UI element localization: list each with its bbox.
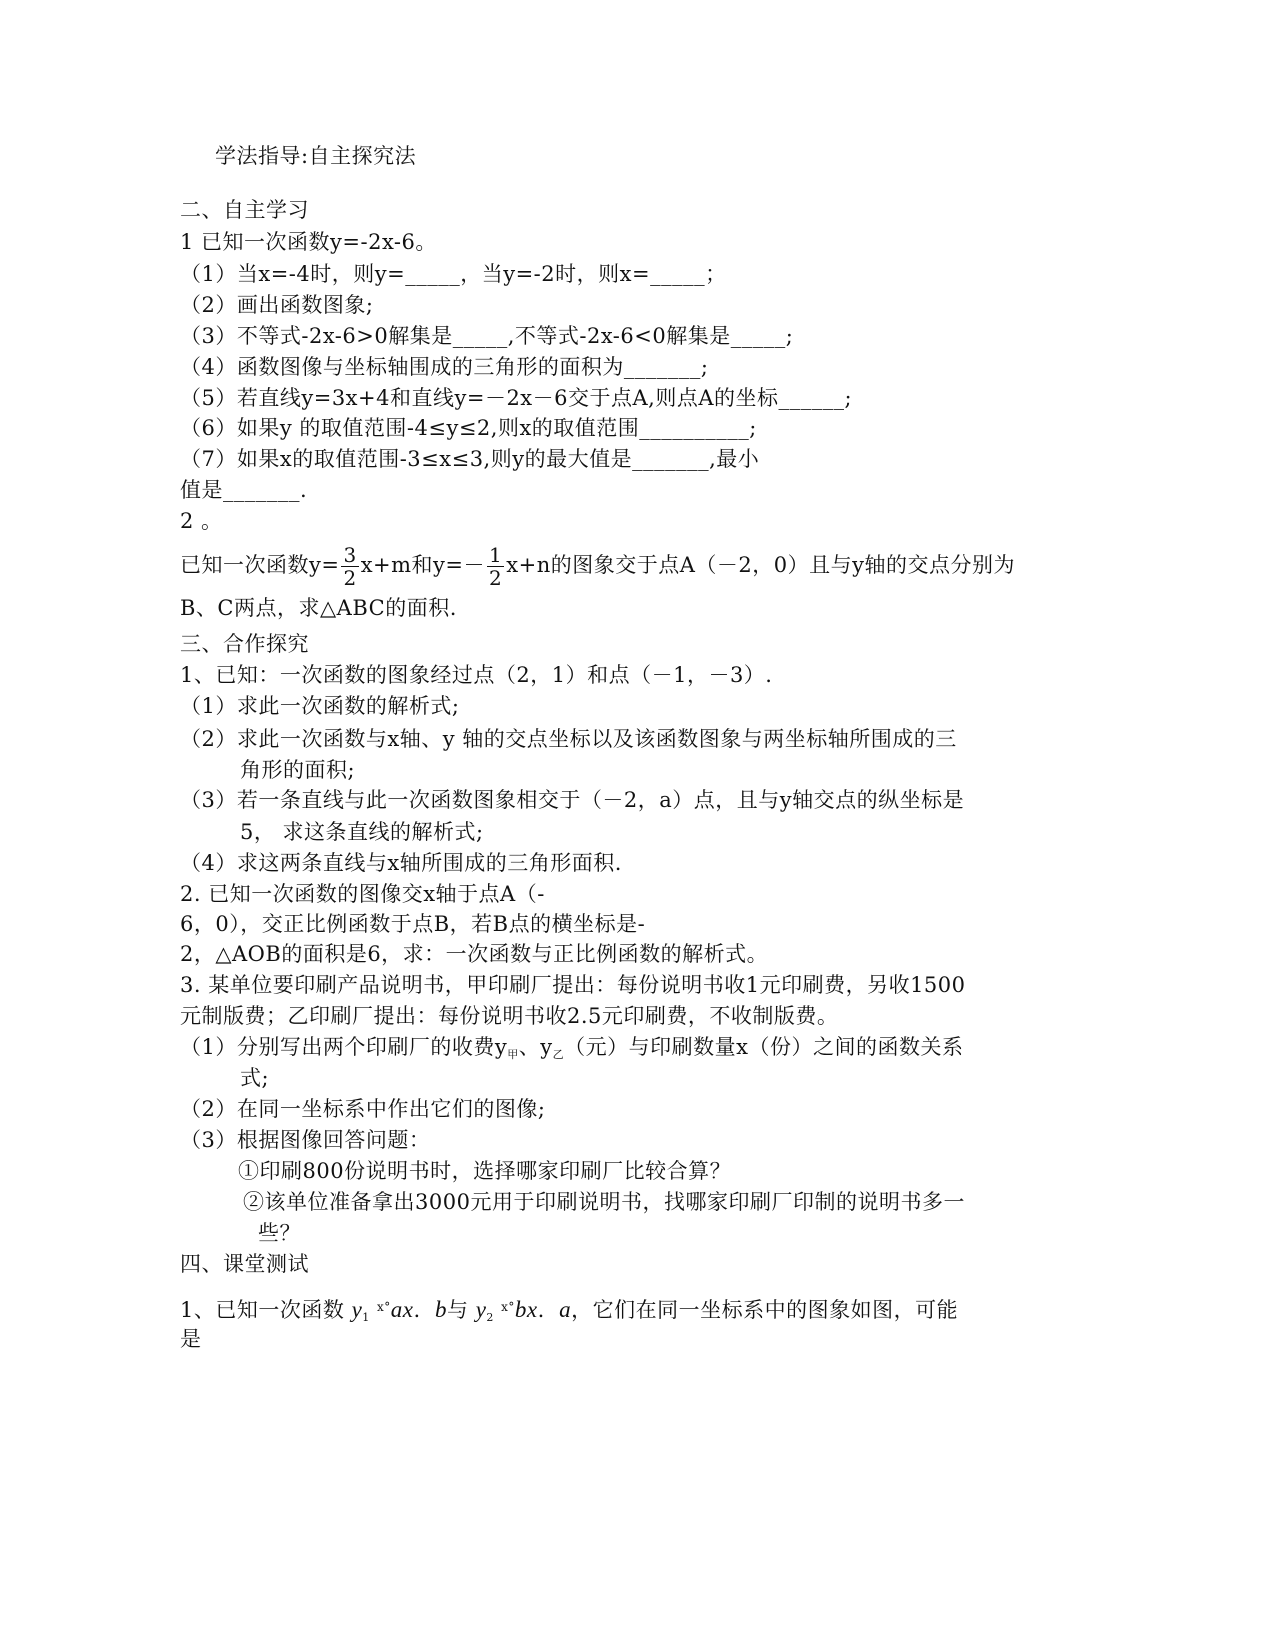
sub-question: （5）若直线y=3x+4和直线y=－2x－6交于点A,则点A的坐标______; [180,384,852,412]
garbled-symbol: ⅹ° [377,1300,391,1314]
section-heading-cooperative: 三、合作探究 [180,630,309,658]
question-number: 2 。 [180,507,223,535]
text: . [538,1298,545,1322]
sub-question: （3）若一条直线与此一次函数图象相交于（－2，a）点，且与y轴交点的纵坐标是 [180,786,964,814]
text: 与 [447,1298,469,1322]
question-stem: 1、已知：一次函数的图象经过点（2，1）和点（－1，－3）. [180,661,772,689]
text: （1）分别写出两个印刷厂的收费y [180,1035,507,1059]
math-var: y [352,1297,363,1322]
text: （元）与印刷数量x（份）之间的函数关系 [564,1035,963,1059]
math-expr: ax [391,1297,414,1322]
section-heading-self-study: 二、自主学习 [180,196,309,224]
denominator: 2 [487,567,504,589]
sub-question: （4）求这两条直线与x轴所围成的三角形面积. [180,849,622,877]
math-var: y [476,1297,487,1322]
sub-question: （3）不等式-2x-6>0解集是_____,不等式-2x-6<0解集是_____… [180,322,793,350]
fraction-three-halves: 32 [341,544,358,589]
denominator: 2 [341,567,358,589]
question-line: 1、已知一次函数 y1 ⅹ°ax. b与 y2 ⅹ°bx. a，它们在同一坐标系… [180,1293,958,1332]
sub-item: ①印刷800份说明书时，选择哪家印刷厂比较合算？ [238,1157,731,1185]
sub-question-continuation: 值是_______. [180,476,307,504]
sub-question: （2）画出函数图象; [180,291,373,319]
garbled-symbol: ⅹ° [501,1300,515,1314]
sub-question: （1）分别写出两个印刷厂的收费y甲、y乙（元）与印刷数量x（份）之间的函数关系 [180,1033,963,1069]
math-expr: bx [515,1297,538,1322]
sub-question-continuation: 角形的面积; [240,756,355,784]
fraction-one-half: 12 [487,544,504,589]
question-fraction-line: 已知一次函数y=32x+m和y=－12x+n的图象交于点A（－2，0）且与y轴的… [180,544,1015,589]
sub-question-continuation: 式; [240,1064,269,1092]
sub-question: （4）函数图像与坐标轴围成的三角形的面积为_______; [180,353,708,381]
text: x+n的图象交于点A（－2，0）且与y轴的交点分别为 [506,553,1015,577]
numerator: 1 [487,544,504,567]
question-line: 2，△AOB的面积是6，求：一次函数与正比例函数的解析式。 [180,940,768,968]
question-line: 3. 某单位要印刷产品说明书，甲印刷厂提出：每份说明书收1元印刷费，另收1500 [180,971,966,999]
text: 1、已知一次函数 [180,1298,344,1322]
subscript: 2 [486,1311,494,1324]
question-line: 2. 已知一次函数的图像交x轴于点A（- [180,880,545,908]
subscript: 1 [362,1311,370,1324]
math-var: b [435,1297,447,1322]
sub-question: （1）求此一次函数的解析式; [180,692,459,720]
sub-question: （1）当x=-4时，则y=_____，当y=-2时，则x=_____； [180,260,727,288]
question-continuation: 是 [180,1325,202,1353]
sub-question: （2）在同一坐标系中作出它们的图像; [180,1095,545,1123]
text: 已知一次函数y= [180,553,339,577]
sub-question: （2）求此一次函数与x轴、y 轴的交点坐标以及该函数图象与两坐标轴所围成的三 [180,725,957,753]
subscript: 甲 [507,1048,519,1061]
sub-item-continuation: 些？ [258,1219,301,1247]
text: ，它们在同一坐标系中的图象如图，可能 [571,1298,958,1322]
sub-item: ②该单位准备拿出3000元用于印刷说明书，找哪家印刷厂印制的说明书多一 [243,1188,965,1216]
text: x+m和y=－ [361,553,485,577]
question-line: 元制版费；乙印刷厂提出：每份说明书收2.5元印刷费，不收制版费。 [180,1002,838,1030]
study-guide: 学法指导:自主探究法 [215,142,416,170]
subscript: 乙 [553,1048,565,1061]
sub-question: （3）根据图像回答问题： [180,1126,430,1154]
text: 、y [519,1035,553,1059]
numerator: 3 [341,544,358,567]
question-stem: 1 已知一次函数y=-2x-6。 [180,228,437,256]
sub-question-continuation: 5， 求这条直线的解析式; [240,818,484,846]
question-continuation: B、C两点，求△ABC的面积. [180,594,457,622]
math-var: a [559,1297,571,1322]
text: . [413,1298,420,1322]
sub-question: （7）如果x的取值范围-3≤x≤3,则y的最大值是_______,最小 [180,445,759,473]
question-line: 6，0），交正比例函数于点B，若B点的横坐标是- [180,910,645,938]
sub-question: （6）如果y 的取值范围-4≤y≤2,则x的取值范围__________; [180,414,757,442]
section-heading-class-test: 四、课堂测试 [180,1250,309,1278]
